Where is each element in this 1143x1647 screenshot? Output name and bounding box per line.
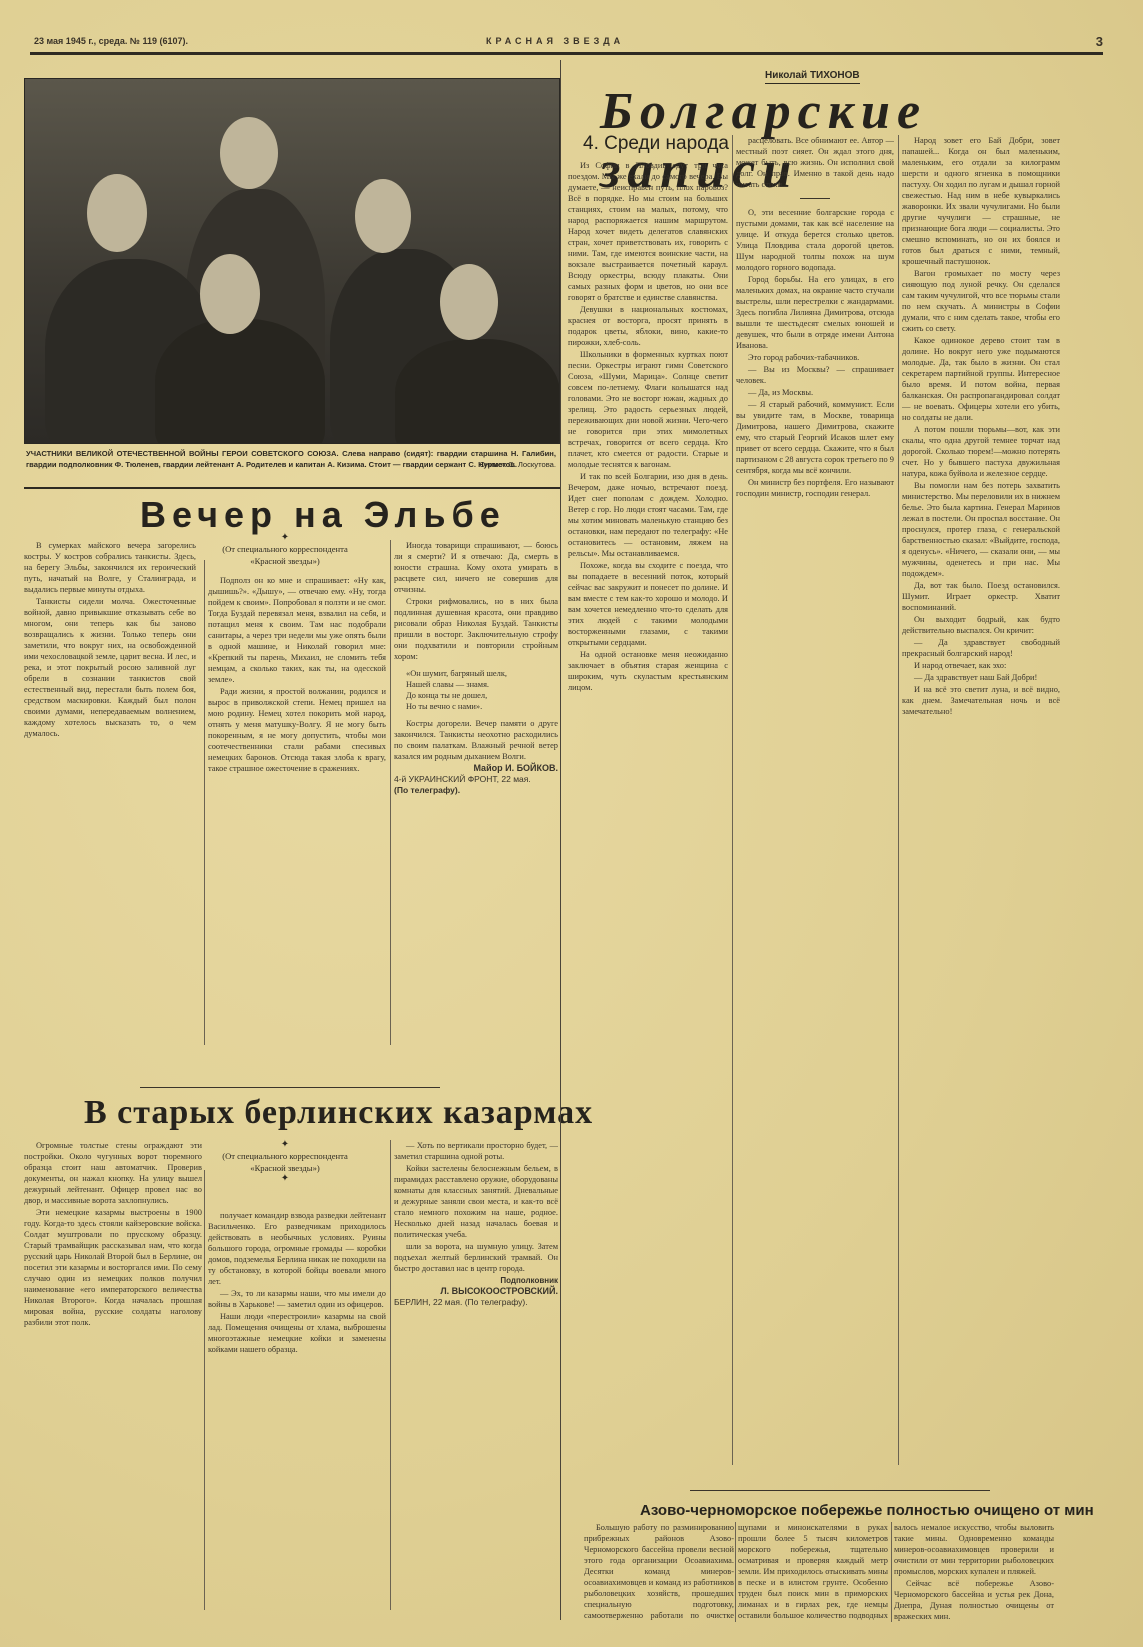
berlin-col1: Огромные толстые стены ограждают эти пос…	[24, 1140, 202, 1610]
mines-col1: Большую работу по разминированию прибреж…	[584, 1522, 734, 1622]
section-title: 4. Среди народа	[583, 133, 729, 155]
headline-mines: Азово-черноморское побережье полностью о…	[640, 1502, 1094, 1519]
mines-col2: щупами и миноискателями в руках прошли б…	[738, 1522, 888, 1622]
masthead-rule	[30, 52, 1103, 55]
column-rule	[390, 540, 391, 1045]
elbe-dateline: 4-й УКРАИНСКИЙ ФРОНТ, 22 мая.	[394, 774, 558, 785]
masthead: 23 мая 1945 г., среда. № 119 (6107). КРА…	[20, 34, 1113, 50]
berlin-signature: Л. ВЫСОКООСТРОВСКИЙ.	[394, 1286, 558, 1297]
column-rule	[390, 1140, 391, 1610]
headline-berlin: В старых берлинских казармах	[84, 1094, 593, 1132]
column-rule	[735, 1522, 736, 1622]
berlin-source: ✦(От специального корреспондента «Красно…	[210, 1140, 360, 1184]
column-rule	[204, 560, 205, 1045]
divider	[140, 1087, 440, 1088]
elbe-signature: Майор И. БОЙКОВ.	[394, 763, 558, 774]
poem: «Он шумит, багряный шелк,Нашей славы — з…	[406, 668, 558, 712]
column-rule	[891, 1522, 892, 1622]
elbe-source: ✦(От специального корреспондента «Красно…	[210, 533, 360, 567]
elbe-col1: В сумерках майского вечера загорелись ко…	[24, 540, 196, 995]
column-rule	[898, 135, 899, 1465]
divider	[690, 1490, 990, 1491]
photo-caption: УЧАСТНИКИ ВЕЛИКОЙ ОТЕЧЕСТВЕННОЙ ВОЙНЫ ГЕ…	[26, 448, 556, 470]
divider	[24, 487, 560, 489]
group-photo	[24, 78, 560, 444]
page-number: 3	[1096, 34, 1103, 49]
berlin-col2: получает командир взвода разведки лейтен…	[208, 1210, 386, 1610]
newspaper-title: КРАСНАЯ ЗВЕЗДА	[486, 36, 624, 46]
page-divider	[560, 60, 561, 1620]
column-rule	[732, 135, 733, 1465]
column-rule	[204, 1170, 205, 1610]
bulgarian-col2: расцеловать. Все обнимают ее. Автор — ме…	[736, 135, 894, 1465]
elbe-col3: Иногда товарищи спрашивают, — боюсь ли я…	[394, 540, 558, 1040]
issue-date: 23 мая 1945 г., среда. № 119 (6107).	[34, 36, 188, 46]
bulgarian-col1: Из Софии в Пловдив едут три часа поездом…	[568, 160, 728, 1460]
elbe-col2: Подполз он ко мне и спрашивает: «Ну как,…	[208, 575, 386, 1045]
berlin-dateline: БЕРЛИН, 22 мая. (По телеграфу).	[394, 1297, 558, 1308]
headline-elbe: Вечер на Эльбе	[140, 494, 506, 536]
berlin-col3: — Хоть по вертикали просторно будет, — з…	[394, 1140, 558, 1620]
bulgarian-col3: Народ зовет его Бай Добри, зовет папашей…	[902, 135, 1060, 1465]
mines-col3: валось немалое искусство, чтобы выловить…	[894, 1522, 1054, 1622]
newspaper-page: 23 мая 1945 г., среда. № 119 (6107). КРА…	[0, 0, 1143, 1647]
